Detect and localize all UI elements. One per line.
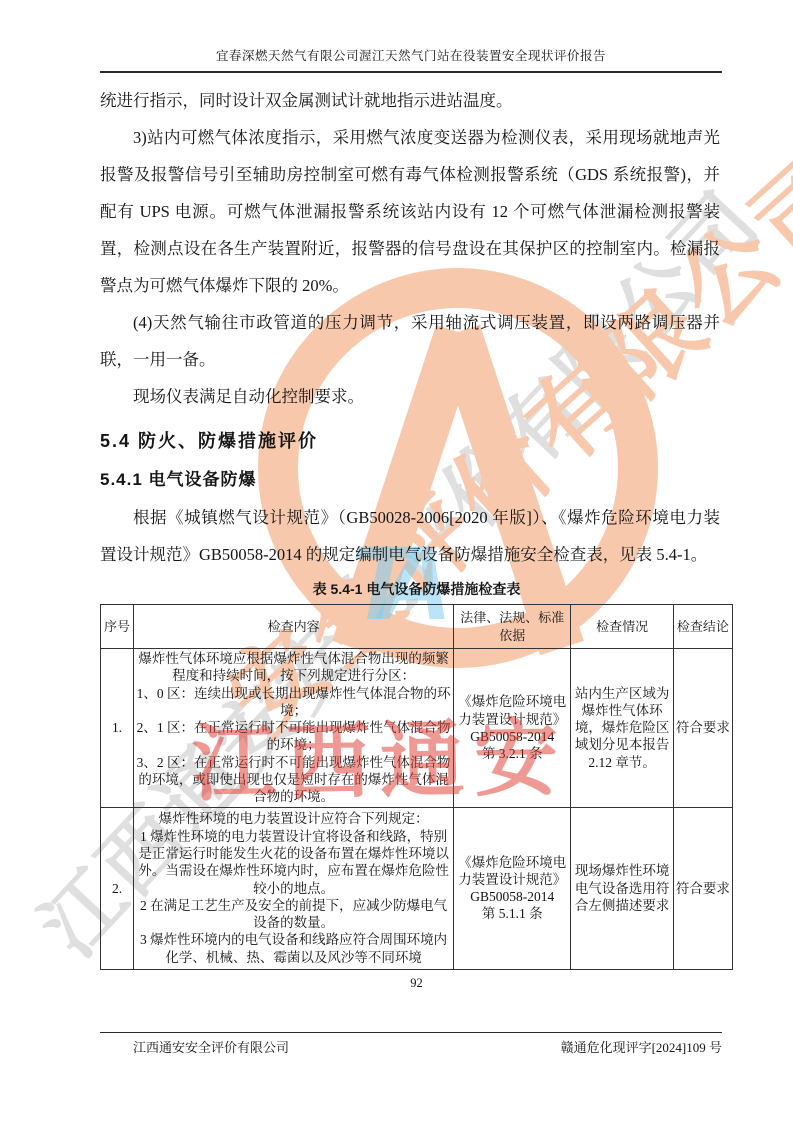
page-header-title: 宜春深燃天然气有限公司渥江天然气门站在役装置安全现状评价报告 — [100, 46, 722, 73]
cell-row2-content: 爆炸性环境的电力装置设计应符合下列规定： 1 爆炸性环境的电力装置设计宜将设备和… — [134, 807, 454, 969]
page-number: 92 — [100, 976, 733, 991]
table-row: 1. 爆炸性气体环境应根据爆炸性气体混合物出现的频繁程度和持续时间，按下列规定进… — [101, 649, 733, 808]
cell-row1-situation: 站内生产区域为爆炸性气体环境，爆炸危险区域划分见本报告 2.12 章节。 — [571, 649, 673, 808]
section-heading-5-4: 5.4 防火、防爆措施评价 — [100, 421, 720, 461]
cell-row1-no: 1. — [101, 649, 134, 808]
footer-divider — [100, 1032, 722, 1033]
page-content: 宜春深燃天然气有限公司渥江天然气门站在役装置安全现状评价报告 统进行指示，同时设… — [100, 46, 726, 991]
paragraph-pressure-regulation: (4)天然气输往市政管道的压力调节，采用轴流式调压装置，即设两路调压器并联，一用… — [100, 304, 720, 378]
paragraph-instrument-automation: 现场仪表满足自动化控制要求。 — [100, 378, 720, 415]
page-footer: 江西通安安全评价有限公司 赣通危化现评字[2024]109 号 — [100, 1037, 722, 1056]
cell-row1-content: 爆炸性气体环境应根据爆炸性气体混合物出现的频繁程度和持续时间，按下列规定进行分区… — [134, 649, 454, 808]
paragraph-continuation: 统进行指示，同时设计双金属测试计就地指示进站温度。 — [100, 82, 720, 119]
paragraph-table-intro: 根据《城镇燃气设计规范》（GB50028-2006[2020 年版]）、《爆炸危… — [100, 499, 720, 573]
table-header-row: 序号 检查内容 法律、法规、标准依据 检查情况 检查结论 — [101, 605, 733, 649]
column-header-content: 检查内容 — [134, 605, 454, 649]
paragraph-gas-detection: 3)站内可燃气体浓度指示，采用燃气浓度变送器为检测仪表，采用现场就地声光报警及报… — [100, 119, 720, 304]
column-header-situation: 检查情况 — [571, 605, 673, 649]
footer-company-name: 江西通安安全评价有限公司 — [100, 1037, 289, 1056]
column-header-no: 序号 — [101, 605, 134, 649]
cell-row1-conclusion: 符合要求 — [673, 649, 732, 808]
cell-row2-basis: 《爆炸危险环境电力装置设计规范》 GB50058-2014 第 5.1.1 条 — [454, 807, 571, 969]
table-row: 2. 爆炸性环境的电力装置设计应符合下列规定： 1 爆炸性环境的电力装置设计宜将… — [101, 807, 733, 969]
cell-row1-basis: 《爆炸危险环境电力装置设计规范》 GB50058-2014 第 3.2.1 条 — [454, 649, 571, 808]
column-header-basis: 法律、法规、标准依据 — [454, 605, 571, 649]
column-header-conclusion: 检查结论 — [673, 605, 732, 649]
subsection-heading-5-4-1: 5.4.1 电气设备防爆 — [100, 461, 720, 499]
footer-doc-number: 赣通危化现评字[2024]109 号 — [561, 1037, 722, 1056]
cell-row2-situation: 现场爆炸性环境电气设备选用符合左侧描述要求 — [571, 807, 673, 969]
explosion-proof-check-table: 序号 检查内容 法律、法规、标准依据 检查情况 检查结论 1. 爆炸性气体环境应… — [100, 604, 733, 970]
document-page: 江西通安安全评价有限公司 安全评价有限公司 TA 宜春深燃天然气有限公司渥江天然… — [0, 0, 793, 1122]
body-text: 统进行指示，同时设计双金属测试计就地指示进站温度。 3)站内可燃气体浓度指示，采… — [100, 82, 720, 573]
cell-row2-no: 2. — [101, 807, 134, 969]
table-caption: 表 5.4-1 电气设备防爆措施检查表 — [100, 579, 733, 599]
cell-row2-conclusion: 符合要求 — [673, 807, 732, 969]
